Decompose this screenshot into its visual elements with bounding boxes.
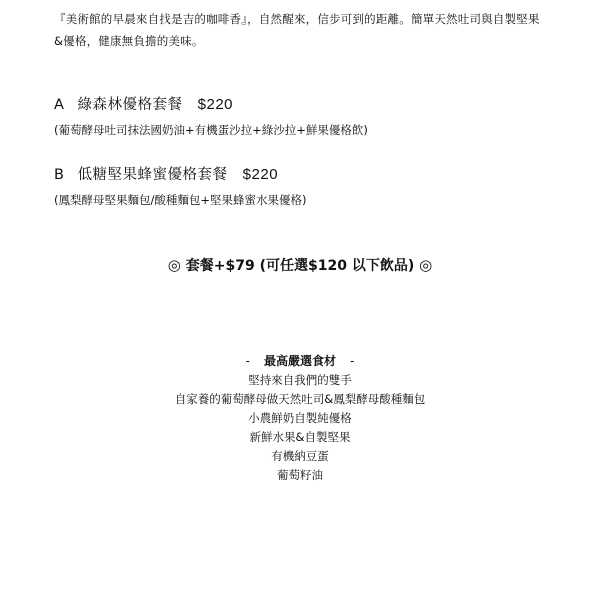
double-circle-icon-right: ◎ <box>419 256 432 274</box>
set-b-name: 低糖堅果蜂蜜優格套餐 <box>78 167 228 183</box>
set-a-price: $220 <box>198 96 233 113</box>
dash-right: - <box>350 354 354 368</box>
set-a-name: 綠森林優格套餐 <box>78 97 183 113</box>
set-a-title: A 綠森林優格套餐 $220 <box>54 93 233 114</box>
ingredient-item: 葡萄籽油 <box>0 466 600 485</box>
ingredients-heading: -最高嚴選食材- <box>0 352 600 371</box>
ingredient-item: 自家養的葡萄酵母做天然吐司&鳳梨酵母酸種麵包 <box>0 390 600 409</box>
addon-offer: ◎ 套餐+$79 (可任選$120 以下飲品) ◎ <box>0 255 600 275</box>
ingredient-item: 有機納豆蛋 <box>0 447 600 466</box>
ingredient-item: 新鮮水果&自製堅果 <box>0 428 600 447</box>
ingredients-heading-text: 最高嚴選食材 <box>264 354 336 368</box>
set-b-code: B <box>54 167 64 183</box>
set-a-description: (葡萄酵母吐司抹法國奶油+有機蛋沙拉+綠沙拉+鮮果優格飲) <box>54 122 368 138</box>
ingredients-section: -最高嚴選食材- 堅持來自我們的雙手 自家養的葡萄酵母做天然吐司&鳳梨酵母酸種麵… <box>0 352 600 485</box>
set-b-title: B 低糖堅果蜂蜜優格套餐 $220 <box>54 163 278 184</box>
intro-paragraph: 『美術館的早晨來自找是吉的咖啡香』，自然醒來，信步可到的距離。簡單天然吐司與自製… <box>54 8 544 52</box>
ingredient-item: 小農鮮奶自製純優格 <box>0 409 600 428</box>
double-circle-icon-left: ◎ <box>168 256 181 274</box>
ingredient-item: 堅持來自我們的雙手 <box>0 371 600 390</box>
addon-text: 套餐+$79 (可任選$120 以下飲品) <box>186 258 414 274</box>
set-b-price: $220 <box>243 166 278 183</box>
dash-left: - <box>246 354 250 368</box>
set-b-description: (鳳梨酵母堅果麵包/酸種麵包+堅果蜂蜜水果優格) <box>54 192 306 208</box>
set-a-code: A <box>54 97 64 113</box>
